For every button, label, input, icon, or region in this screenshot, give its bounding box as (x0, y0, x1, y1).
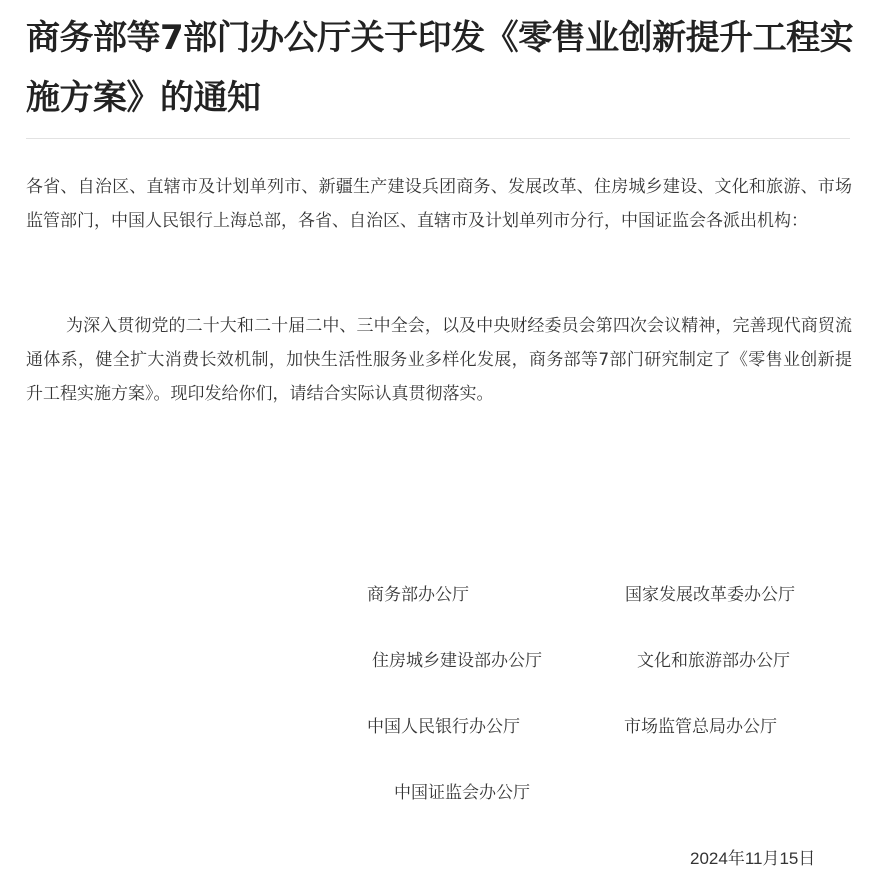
addressee-paragraph: 各省、自治区、直辖市及计划单列市、新疆生产建设兵团商务、发展改革、住房城乡建设、… (26, 170, 852, 238)
signatory: 文化和旅游部办公厅 (637, 649, 790, 673)
signatory: 中国证监会办公厅 (394, 781, 530, 805)
signatory: 国家发展改革委办公厅 (625, 583, 795, 607)
body-paragraph: 为深入贯彻党的二十大和二十届二中、三中全会，以及中央财经委员会第四次会议精神，完… (26, 309, 852, 411)
title-divider (26, 138, 850, 139)
signatory: 中国人民银行办公厅 (367, 715, 520, 739)
signatory: 住房城乡建设部办公厅 (372, 649, 542, 673)
page-title: 商务部等7部门办公厅关于印发《零售业创新提升工程实施方案》的通知 (26, 8, 856, 128)
signatory: 市场监管总局办公厅 (624, 715, 777, 739)
signatory: 商务部办公厅 (367, 583, 469, 607)
issue-date: 2024年11月15日 (690, 847, 815, 871)
